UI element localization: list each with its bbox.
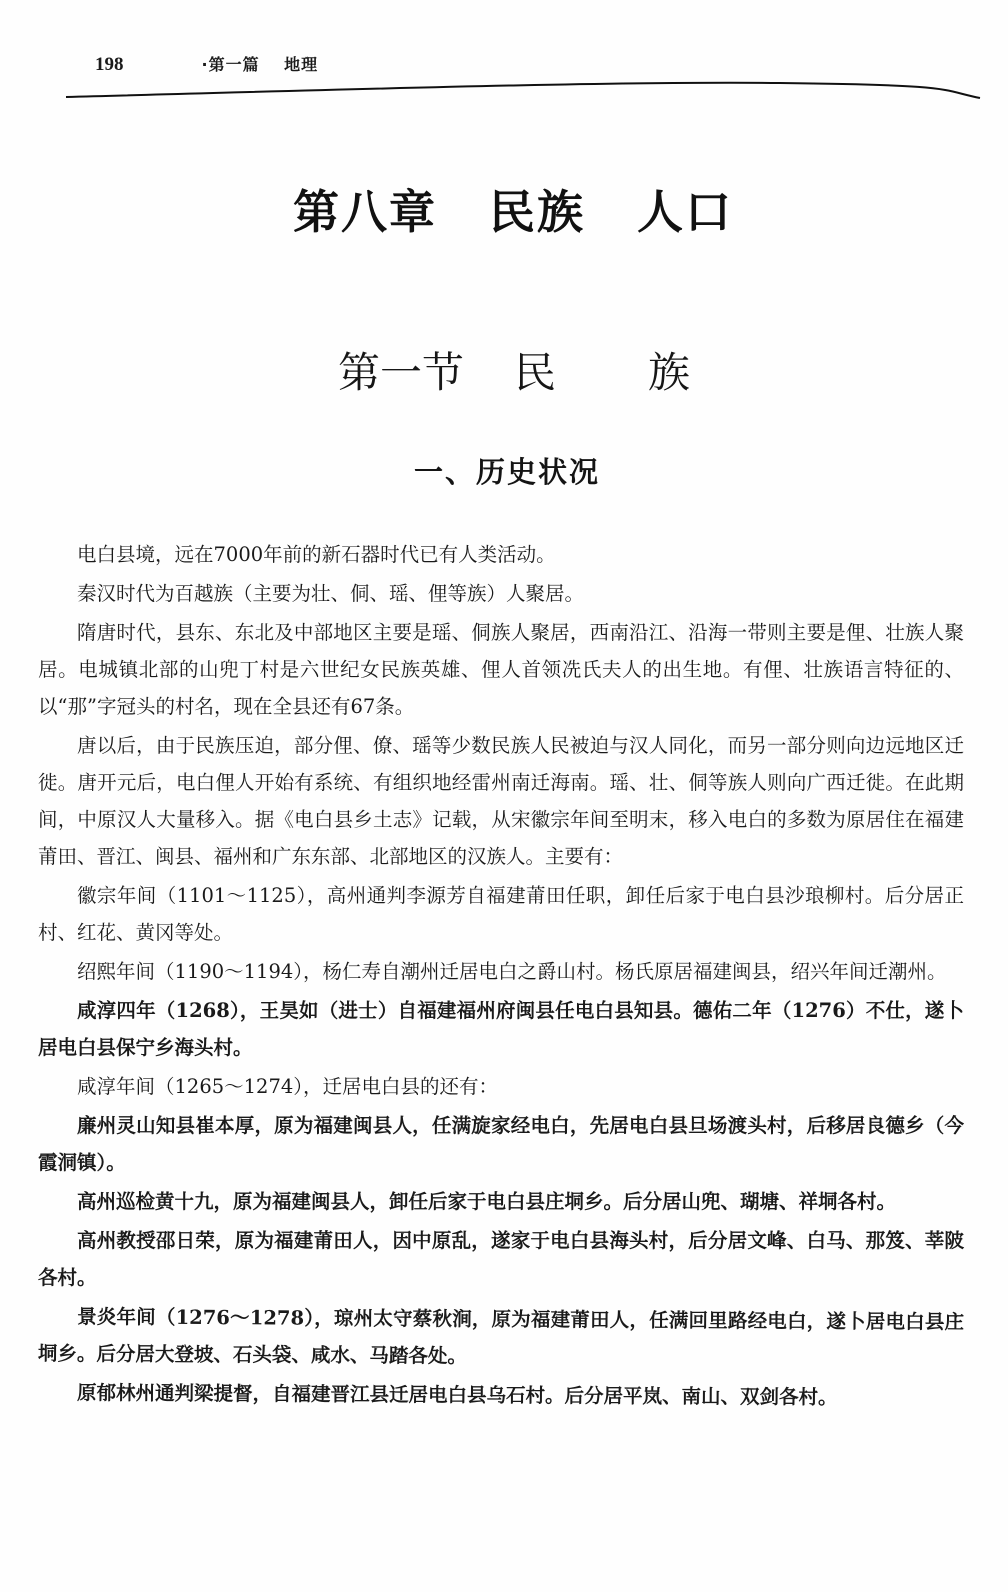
paragraph: 景炎年间（1276～1278），琼州太守蔡秋涧，原为福建莆田人，任满回里路经电白… (38, 1298, 964, 1380)
paragraph: 高州巡检黄十九，原为福建闽县人，卸任后家于电白县庄垌乡。后分居山兜、瑚塘、祥垌各… (38, 1183, 964, 1222)
paragraph: 咸淳四年（1268），王昊如（进士）自福建福州府闽县任电白县知县。德佑二年（12… (38, 992, 964, 1068)
paragraph: 廉州灵山知县崔本厚，原为福建闽县人，任满旋家经电白，先居电白县旦场渡头村，后移居… (38, 1107, 964, 1183)
section-title: 第一节民族 (0, 340, 1008, 400)
book-page: 198 ·第一篇 地理 第八章民族人口 第一节民族 一、历史状况 电白县境，远在… (0, 0, 1008, 1592)
section-number: 第一节 (338, 340, 464, 400)
body-text: 电白县境，远在7000年前的新石器时代已有人类活动。 秦汉时代为百越族（主要为壮… (38, 536, 964, 1413)
paragraph: 徽宗年间（1101～1125），高州通判李源芳自福建莆田任职，卸任后家于电白县沙… (38, 877, 964, 953)
subsection-title: 一、历史状况 (0, 450, 1008, 491)
section-title-char-2: 族 (648, 340, 690, 400)
chapter-title-part-2: 人口 (637, 176, 733, 242)
chapter-number: 第八章 (293, 176, 437, 242)
paragraph: 原郁林州通判梁提督，自福建晋江县迁居电白县乌石村。后分居平岚、南山、双剑各村。 (38, 1374, 964, 1419)
header-rule (0, 70, 1008, 110)
section-title-char-1: 民 (514, 340, 556, 400)
paragraph: 唐以后，由于民族压迫，部分俚、僚、瑶等少数民族人民被迫与汉人同化，而另一部分则向… (38, 727, 964, 877)
paragraph: 秦汉时代为百越族（主要为壮、侗、瑶、俚等族）人聚居。 (38, 575, 964, 614)
chapter-title: 第八章民族人口 (0, 176, 1008, 242)
paragraph: 咸淳年间（1265～1274），迁居电白县的还有： (38, 1068, 964, 1107)
paragraph: 绍熙年间（1190～1194），杨仁寿自潮州迁居电白之爵山村。杨氏原居福建闽县，… (38, 953, 964, 992)
chapter-title-part-1: 民族 (489, 176, 585, 242)
paragraph: 高州教授邵日荣，原为福建莆田人，因中原乱，遂家于电白县海头村，后分居文峰、白马、… (38, 1222, 964, 1298)
paragraph: 隋唐时代，县东、东北及中部地区主要是瑶、侗族人聚居，西南沿江、沿海一带则主要是俚… (38, 614, 964, 727)
paragraph: 电白县境，远在7000年前的新石器时代已有人类活动。 (38, 536, 964, 575)
